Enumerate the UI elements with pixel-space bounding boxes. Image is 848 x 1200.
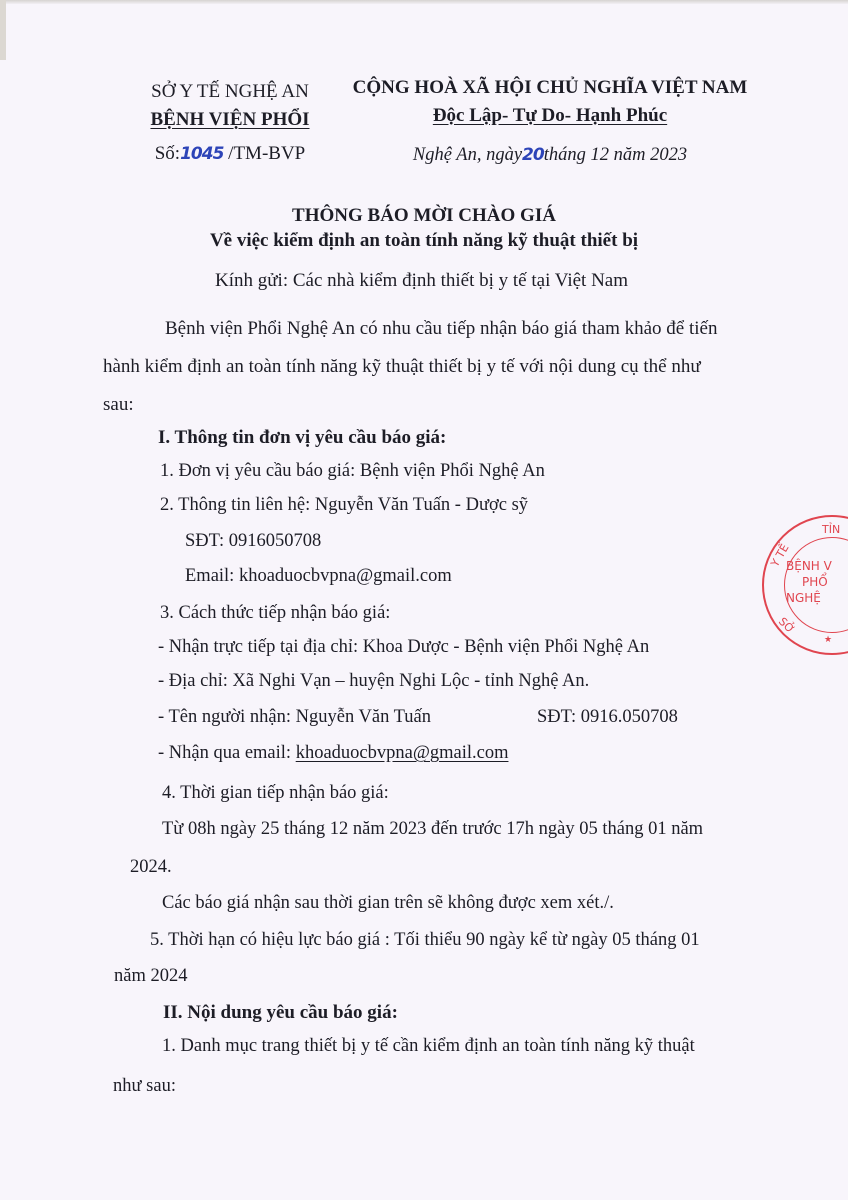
contact-phone: SĐT: 0916050708: [185, 531, 321, 552]
receiver-phone: SĐT: 0916.050708: [537, 707, 678, 728]
document-title: THÔNG BÁO MỜI CHÀO GIÁ: [0, 205, 848, 227]
handwritten-day: 20: [522, 145, 544, 165]
intro-line-1: Bệnh viện Phổi Nghệ An có nhu cầu tiếp n…: [165, 318, 717, 340]
scan-edge: [0, 0, 848, 4]
receive-email: - Nhận qua email: khoaduocbvpna@gmail.co…: [158, 743, 508, 764]
organization-name: BỆNH VIỆN PHỔI: [100, 106, 360, 134]
department-name: SỞ Y TẾ NGHỆ AN: [100, 78, 360, 106]
national-header: CỘNG HOÀ XÃ HỘI CHỦ NGHĨA VIỆT NAM Độc L…: [340, 74, 760, 168]
issuer-block: SỞ Y TẾ NGHỆ AN BỆNH VIỆN PHỔI Số:1045 /…: [100, 78, 360, 168]
section-1-heading: I. Thông tin đơn vị yêu cầu báo giá:: [158, 427, 446, 449]
late-note: Các báo giá nhận sau thời gian trên sẽ k…: [162, 893, 614, 914]
contact-email: Email: khoaduocbvpna@gmail.com: [185, 566, 452, 587]
document-page: SỞ Y TẾ NGHỆ AN BỆNH VIỆN PHỔI Số:1045 /…: [0, 0, 848, 1200]
section-1-item-2: 2. Thông tin liên hệ: Nguyễn Văn Tuấn - …: [160, 495, 528, 516]
receive-address: - Địa chỉ: Xã Nghi Vạn – huyện Nghi Lộc …: [158, 671, 589, 692]
email-link[interactable]: khoaduocbvpna@gmail.com: [296, 743, 509, 763]
section-1-item-5-line-2: năm 2024: [114, 966, 187, 987]
national-motto: Độc Lập- Tự Do- Hạnh Phúc: [340, 102, 760, 130]
document-subtitle: Về việc kiểm định an toàn tính năng kỹ t…: [0, 230, 848, 252]
receive-direct: - Nhận trực tiếp tại địa chỉ: Khoa Dược …: [158, 637, 649, 658]
receiver-name: - Tên người nhận: Nguyễn Văn Tuấn: [158, 707, 431, 728]
section-2-item-1-line-2: như sau:: [113, 1076, 176, 1097]
section-2-item-1-line-1: 1. Danh mục trang thiết bị y tế cần kiểm…: [162, 1036, 695, 1057]
recipient-line: Kính gửi: Các nhà kiểm định thiết bị y t…: [215, 270, 628, 292]
intro-line-3: sau:: [103, 394, 134, 416]
document-number: Số:1045 /TM-BVP: [100, 140, 360, 168]
section-1-item-5-line-1: 5. Thời hạn có hiệu lực báo giá : Tối th…: [150, 930, 700, 951]
scan-edge: [0, 0, 6, 60]
official-stamp: TỈN Y TẾ SỞ BỆNH V PHỔ NGHỆ ★: [762, 515, 848, 655]
star-icon: ★: [824, 635, 832, 645]
section-1-item-4: 4. Thời gian tiếp nhận báo giá:: [162, 783, 389, 804]
national-title: CỘNG HOÀ XÃ HỘI CHỦ NGHĨA VIỆT NAM: [340, 74, 760, 102]
intro-line-2: hành kiểm định an toàn tính năng kỹ thuậ…: [103, 356, 701, 378]
section-1-item-3: 3. Cách thức tiếp nhận báo giá:: [160, 603, 390, 624]
issue-date: Nghệ An, ngày20tháng 12 năm 2023: [340, 142, 760, 168]
handwritten-number: 1045: [180, 144, 223, 164]
section-2-heading: II. Nội dung yêu cầu báo giá:: [163, 1002, 398, 1024]
time-window-line-1: Từ 08h ngày 25 tháng 12 năm 2023 đến trư…: [162, 819, 703, 840]
time-window-line-2: 2024.: [130, 857, 172, 878]
section-1-item-1: 1. Đơn vị yêu cầu báo giá: Bệnh viện Phổ…: [160, 461, 545, 482]
